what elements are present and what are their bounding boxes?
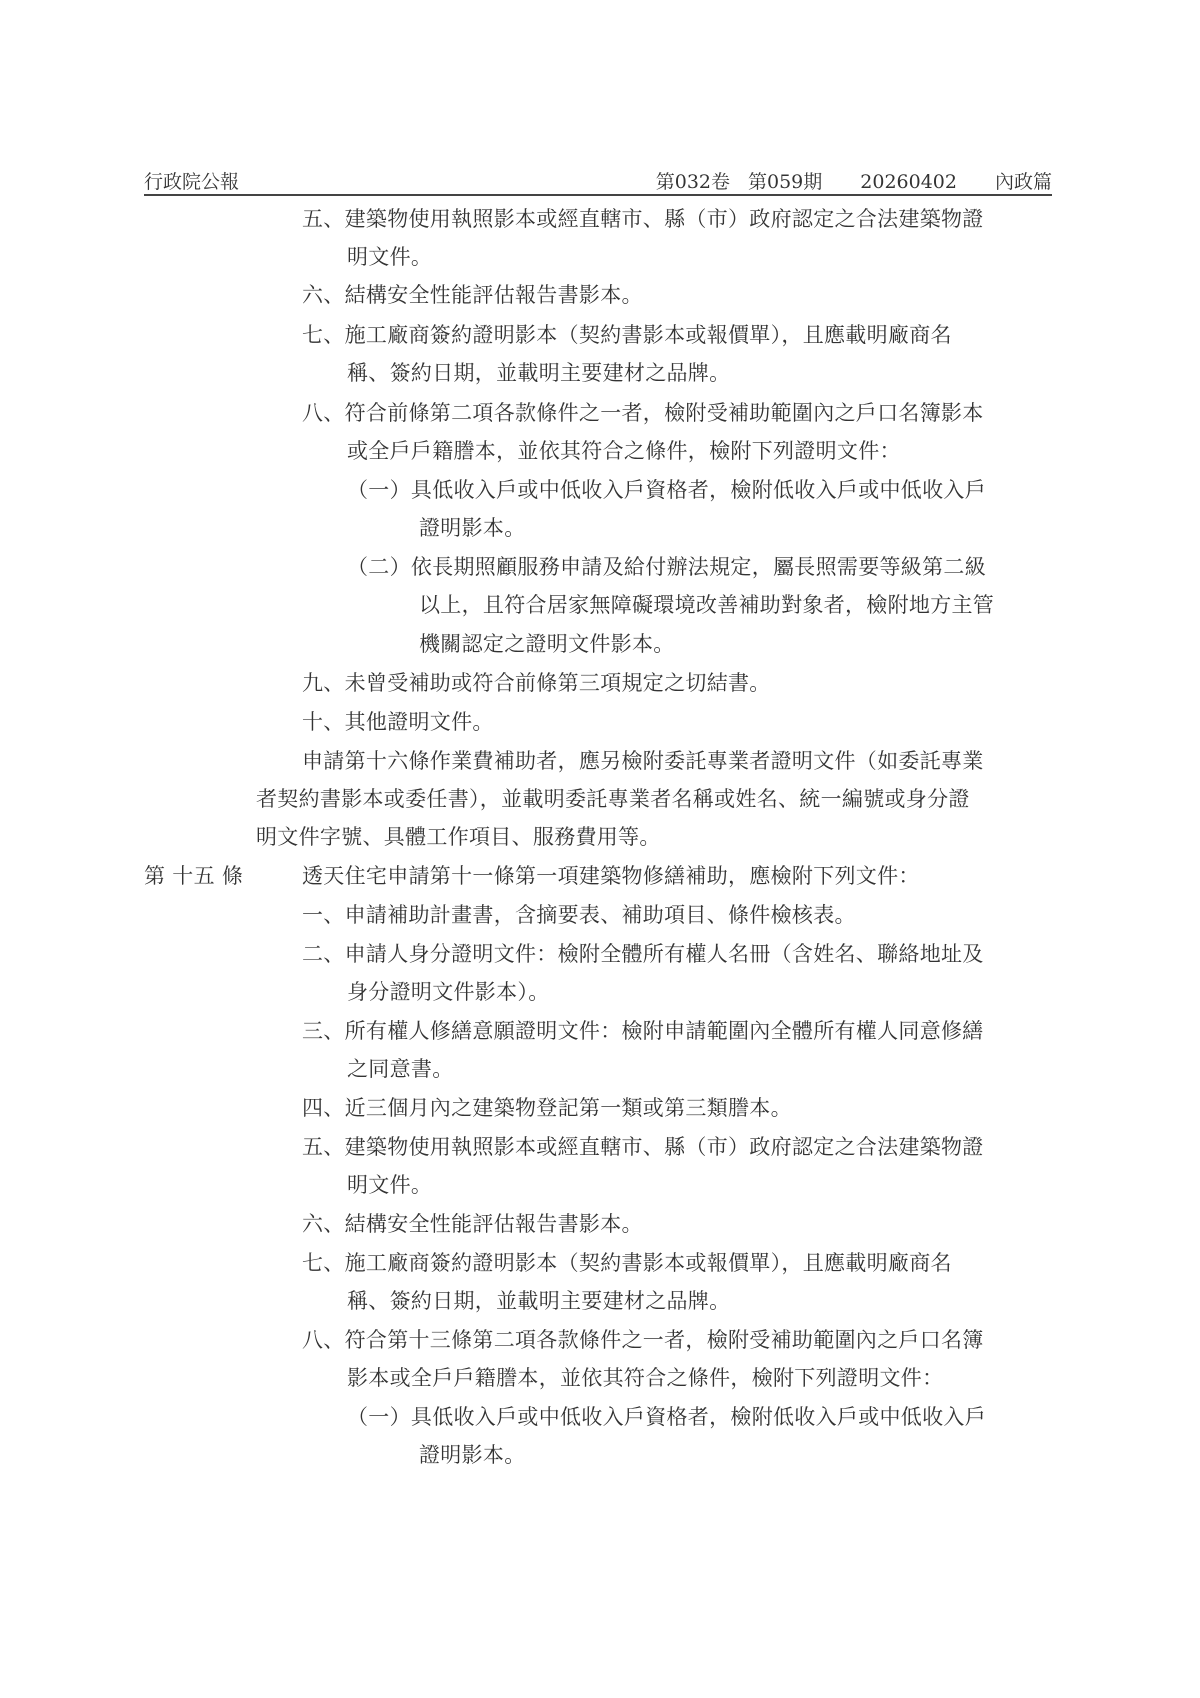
text-line: 明文件字號、具體工作項目、服務費用等。	[256, 823, 661, 851]
volume-label: 第032卷	[656, 171, 730, 193]
section-label: 內政篇	[995, 171, 1052, 193]
issue-label: 第059期	[748, 171, 822, 193]
text-line: 證明影本。	[419, 1441, 526, 1469]
text-line: 七、施工廠商簽約證明影本（契約書影本或報價單），且應載明廠商名	[302, 1249, 952, 1277]
text-line: 明文件。	[347, 1171, 432, 1199]
text-line: 五、建築物使用執照影本或經直轄市、縣（市）政府認定之合法建築物證	[302, 205, 984, 233]
text-line: 五、建築物使用執照影本或經直轄市、縣（市）政府認定之合法建築物證	[302, 1133, 984, 1161]
issue-info: 第032卷第059期20260402內政篇	[638, 170, 1052, 194]
publication-title: 行政院公報	[144, 170, 239, 194]
date-label: 20260402	[860, 171, 957, 193]
text-line: 透天住宅申請第十一條第一項建築物修繕補助，應檢附下列文件：	[302, 862, 920, 890]
text-line: 影本或全戶戶籍謄本，並依其符合之條件，檢附下列證明文件：	[347, 1364, 943, 1392]
article-label: 第 十五 條	[144, 862, 243, 890]
text-line: 身分證明文件影本）。	[347, 978, 550, 1006]
text-line: 八、符合前條第二項各款條件之一者，檢附受補助範圍內之戶口名簿影本	[302, 399, 984, 427]
text-line: 稱、簽約日期，並載明主要建材之品牌。	[347, 359, 730, 387]
text-line: 六、結構安全性能評估報告書影本。	[302, 281, 643, 309]
text-line: 八、符合第十三條第二項各款條件之一者，檢附受補助範圍內之戶口名簿	[302, 1326, 984, 1354]
text-line: 者契約書影本或委任書），並載明委託專業者名稱或姓名、統一編號或身分證	[256, 785, 970, 813]
text-line: 稱、簽約日期，並載明主要建材之品牌。	[347, 1287, 730, 1315]
text-line: 十、其他證明文件。	[302, 708, 494, 736]
text-line: 之同意書。	[347, 1055, 454, 1083]
text-line: （二）依長期照顧服務申請及給付辦法規定，屬長照需要等級第二級	[347, 553, 986, 581]
text-line: （一）具低收入戶或中低收入戶資格者，檢附低收入戶或中低收入戶	[347, 1403, 986, 1431]
text-line: 以上，且符合居家無障礙環境改善補助對象者，檢附地方主管	[419, 591, 994, 619]
text-line: 或全戶戶籍謄本，並依其符合之條件，檢附下列證明文件：	[347, 437, 901, 465]
text-line: 六、結構安全性能評估報告書影本。	[302, 1210, 643, 1238]
page-header: 行政院公報 第032卷第059期20260402內政篇	[144, 166, 1052, 196]
text-line: 申請第十六條作業費補助者，應另檢附委託專業者證明文件（如委託專業	[302, 747, 984, 775]
text-line: 二、申請人身分證明文件：檢附全體所有權人名冊（含姓名、聯絡地址及	[302, 940, 984, 968]
text-line: 明文件。	[347, 243, 432, 271]
text-line: 證明影本。	[419, 514, 526, 542]
text-line: 七、施工廠商簽約證明影本（契約書影本或報價單），且應載明廠商名	[302, 321, 952, 349]
text-line: 一、申請補助計畫書，含摘要表、補助項目、條件檢核表。	[302, 901, 856, 929]
text-line: 三、所有權人修繕意願證明文件：檢附申請範圍內全體所有權人同意修繕	[302, 1017, 984, 1045]
text-line: 九、未曾受補助或符合前條第三項規定之切結書。	[302, 669, 771, 697]
text-line: （一）具低收入戶或中低收入戶資格者，檢附低收入戶或中低收入戶	[347, 476, 986, 504]
text-line: 機關認定之證明文件影本。	[419, 630, 675, 658]
text-line: 四、近三個月內之建築物登記第一類或第三類謄本。	[302, 1094, 792, 1122]
